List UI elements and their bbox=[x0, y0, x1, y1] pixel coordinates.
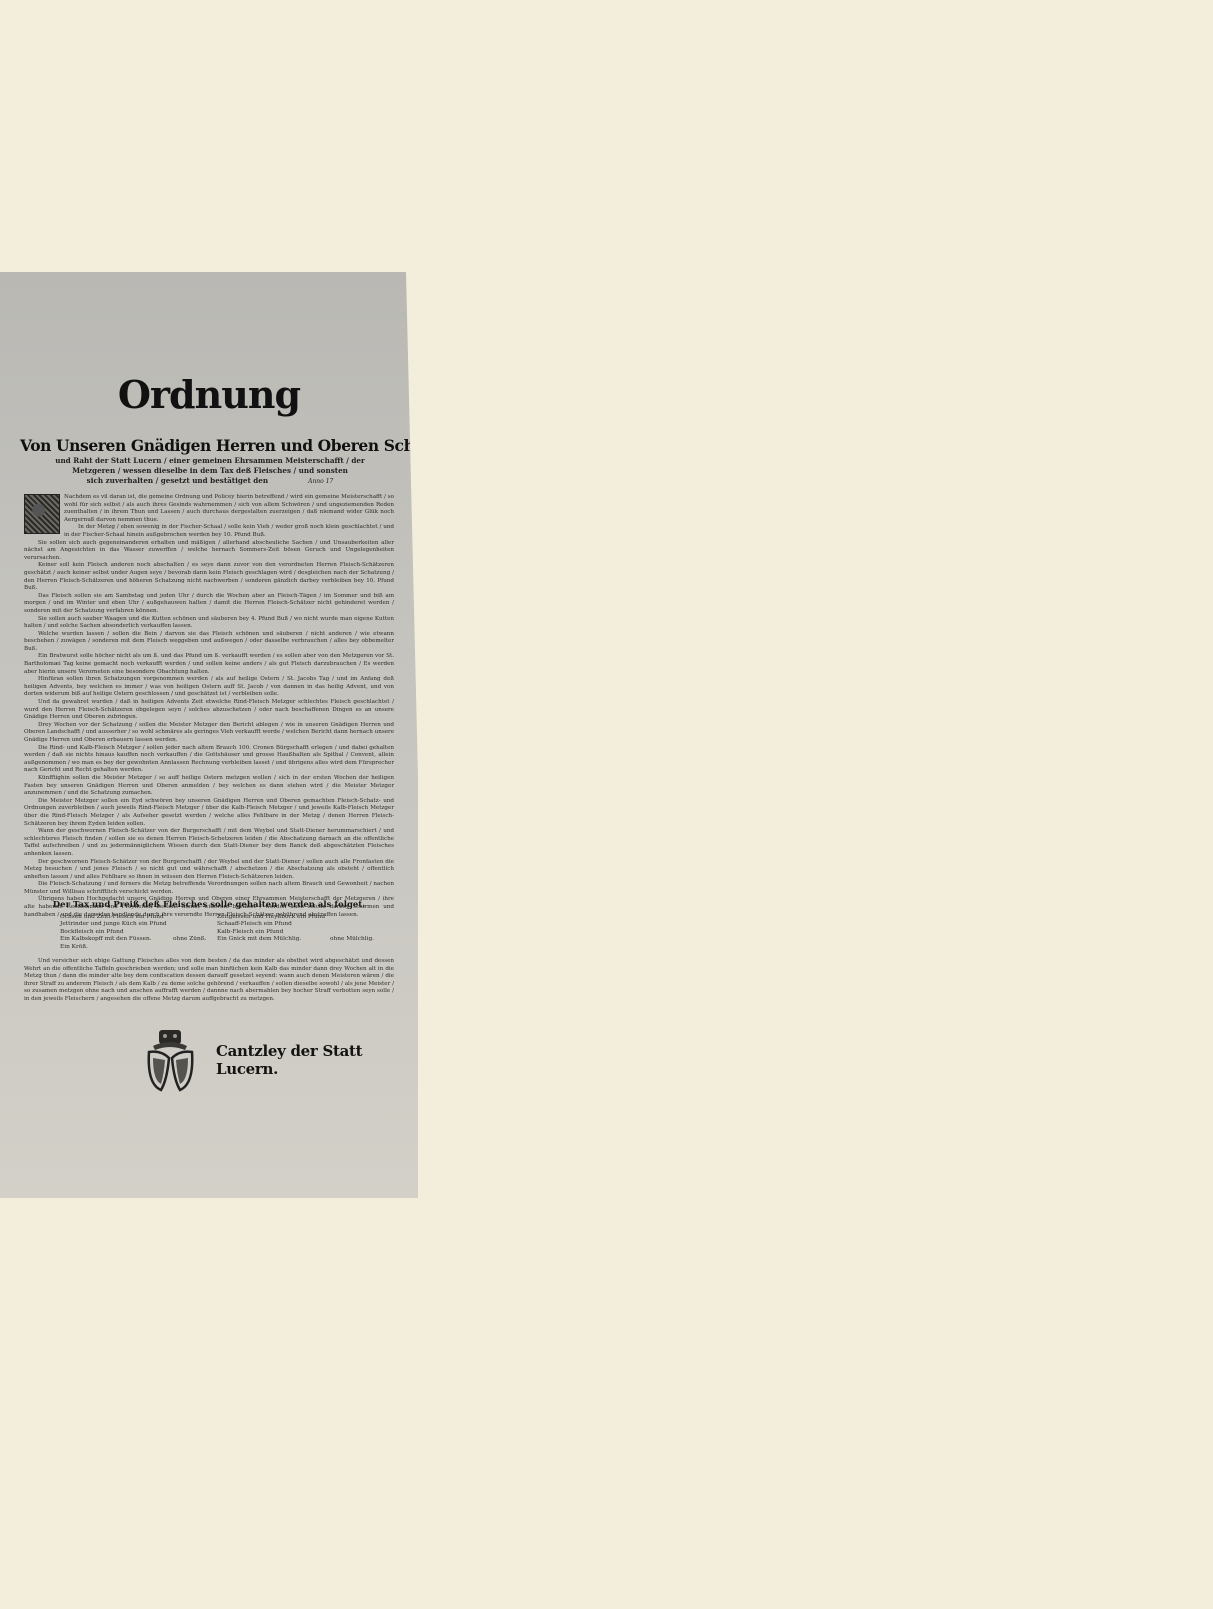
subtitle-line: Metzgeren / wessen dieselbe in dem Tax d… bbox=[30, 466, 390, 476]
price-list-cell: Ein Gnick mit dem Mülchlig. bbox=[217, 936, 326, 943]
ordinance-paragraph: Die Rind- und Kalb-Fleisch Metzger / sol… bbox=[24, 745, 394, 775]
ordinance-paragraph: Der geschwornen Fleisch-Schätzer von der… bbox=[24, 859, 394, 882]
ordinance-paragraph: Die Meister Metzger sollen ein Eyd schwö… bbox=[24, 798, 394, 828]
ordinance-paragraph: Die Fleisch-Schatzung / und ferners die … bbox=[24, 881, 394, 896]
price-list-cell bbox=[330, 914, 380, 921]
subtitle-line: und Raht der Statt Lucern / einer gemein… bbox=[30, 456, 390, 466]
price-list-cell bbox=[173, 921, 213, 928]
ordinance-paragraph: Keiner soll kein Fleisch anderen noch ab… bbox=[24, 562, 394, 592]
title-text: Ordnung bbox=[118, 372, 300, 417]
price-list-cell bbox=[330, 944, 380, 951]
closing-paragraph: Und versicher sich ebige Gattung Fleisch… bbox=[24, 958, 394, 1004]
price-heading: Der Tax und Preiß deß Fleisches solle ge… bbox=[24, 900, 394, 910]
price-list-cell: Zeitgeissen und Heyßbock ein Pfund bbox=[217, 914, 326, 921]
price-list-cell: Kalb-Fleisch ein Pfund bbox=[217, 929, 326, 936]
ordinance-paragraph: Hinfüran sollen ihren Schatzungen vorgen… bbox=[24, 676, 394, 699]
document-sheet: Ordnung Von Unseren Gnädigen Herren und … bbox=[0, 272, 418, 1198]
subtitle-line: sich zuverhalten / gesetzt und bestätige… bbox=[30, 476, 390, 487]
price-list-cell: ohne Mülchlig. bbox=[330, 936, 380, 943]
anno-date: Anno 17 bbox=[308, 478, 333, 485]
document-subtitle: Von Unseren Gnädigen Herren und Oberen S… bbox=[20, 436, 400, 455]
price-list-cell: Ein Kröß. bbox=[60, 944, 169, 951]
lucerne-coat-of-arms-icon bbox=[143, 1028, 198, 1094]
subtitle-line-text: sich zuverhalten / gesetzt und bestätige… bbox=[87, 476, 268, 485]
chancery-signature: Cantzley der Statt Lucern. bbox=[216, 1042, 418, 1078]
ordinance-paragraph: Wann der geschwornen Fleisch-Schätzer vo… bbox=[24, 828, 394, 858]
price-list-cell: Schaaff-Fleisch ein Pfund bbox=[217, 921, 326, 928]
ordinance-paragraph: Ein Bratwurst solle höcher nicht als um … bbox=[24, 653, 394, 676]
ordinance-paragraph: Nachdem es vil daran ist, die gemeine Or… bbox=[24, 494, 394, 524]
ordinance-paragraph: Drey Wochen vor der Schatzung / sollen d… bbox=[24, 722, 394, 745]
price-list-cell: Ochsen und Zeitt-Fleisch ein Pfund bbox=[60, 914, 169, 921]
document-title: Ordnung bbox=[0, 372, 418, 417]
ordinance-paragraph: Und da gewahret wurden / daß in heiligen… bbox=[24, 699, 394, 722]
ordinance-paragraph: Sie sollen auch sauber Waagen und die Ku… bbox=[24, 616, 394, 631]
price-list: Ochsen und Zeitt-Fleisch ein PfundZeitge… bbox=[60, 914, 380, 951]
price-list-cell bbox=[173, 914, 213, 921]
subtitle-lines: und Raht der Statt Lucern / einer gemein… bbox=[30, 456, 390, 487]
price-list-cell bbox=[173, 929, 213, 936]
ordinance-paragraph: Künfftighin sollen die Meister Metzger /… bbox=[24, 775, 394, 798]
price-list-cell bbox=[330, 921, 380, 928]
decorated-initial-icon bbox=[24, 494, 60, 534]
price-list-cell bbox=[173, 944, 213, 951]
ordinance-paragraph: Das Fleisch sollen sie am Sambstag und j… bbox=[24, 593, 394, 616]
price-list-cell: Jettrinder und junge Küch ein Pfund bbox=[60, 921, 169, 928]
ordinance-paragraph: Welche wurden lassen / sollen die Bein /… bbox=[24, 631, 394, 654]
price-list-cell: Bockfleisch ein Pfund bbox=[60, 929, 169, 936]
price-list-cell: ohne Zünß. bbox=[173, 936, 213, 943]
price-list-cell bbox=[330, 929, 380, 936]
ordinance-body: Nachdem es vil daran ist, die gemeine Or… bbox=[24, 494, 394, 919]
price-list-cell bbox=[217, 944, 326, 951]
ordinance-paragraph: In der Metzg / eben sowenig in der Fisch… bbox=[24, 524, 394, 539]
price-list-cell: Ein Kalbskopff mit den Füssen. bbox=[60, 936, 169, 943]
ordinance-paragraph: Sie sollen sich auch gegeneinanderen erh… bbox=[24, 540, 394, 563]
